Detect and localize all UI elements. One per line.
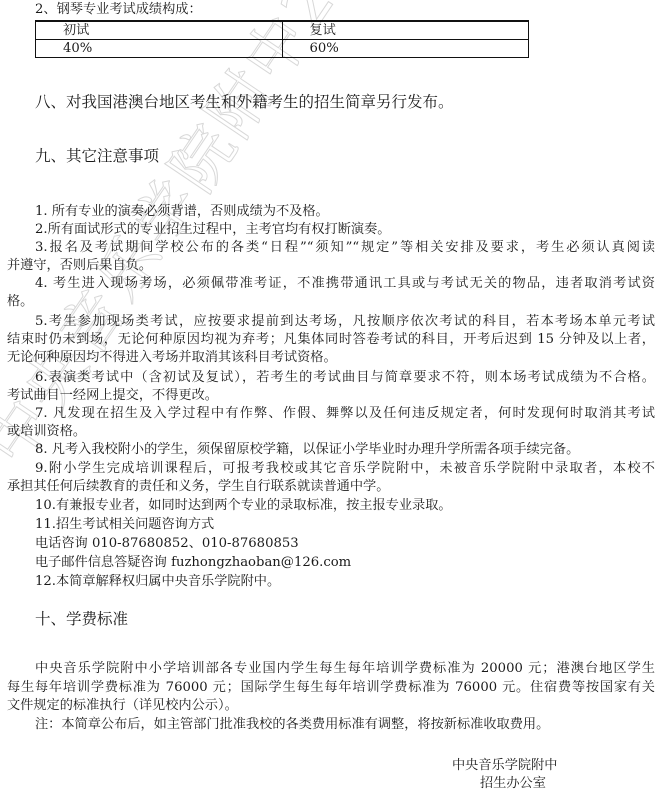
notice-item-10: 10.有兼报专业者，如同时达到两个专业的录取标准，按主报专业录取。: [35, 497, 452, 515]
signature-office: 招生办公室: [480, 775, 546, 793]
table-cell: 40%: [36, 40, 283, 58]
table-header-row: 初试 复试: [36, 21, 529, 40]
notice-item-5: 5.考生参加现场类考试，应按要求提前到达考场，凡按顺序依次考试的科目，若本考场本…: [35, 313, 655, 331]
table-cell: 60%: [282, 40, 529, 58]
notice-item-5-cont-1: 结束时仍未到场，无论何种原因均视为弃考；凡集体同时答卷考试的科目，开考后迟到 1…: [7, 331, 655, 349]
notice-item-8: 8. 凡考入我校附小的学生，须保留原校学籍，以保证小学毕业时办理升学所需各项手续…: [35, 441, 579, 459]
tuition-line-3: 文件规定的标准执行（详见校内公示）。: [7, 697, 238, 715]
piano-score-title: 2、钢琴专业考试成绩构成：: [35, 1, 202, 19]
notice-item-3-cont: 并遵守，否则后果自负。: [7, 257, 152, 275]
notice-item-7-cont: 或培训资格。: [7, 423, 86, 441]
notice-item-2: 2.所有面试形式的专业招生过程中，主考官均有权打断演奏。: [35, 221, 390, 239]
table-header-cell: 初试: [36, 21, 283, 40]
contact-phone: 电话咨询 010-87680852、010-87680853: [35, 535, 299, 553]
notice-item-3: 3.报名及考试期间学校公布的各类“日程”“须知”“规定”等相关安排及要求，考生必…: [35, 239, 655, 257]
notice-item-5-cont-2: 无论何种原因均不得进入考场并取消其该科目考试资格。: [7, 349, 337, 367]
notice-item-6: 6.表演类考试中（含初试及复试），若考生的考试曲目与简章要求不符，则本场考试成绩…: [35, 369, 655, 387]
section-8-heading: 八、对我国港澳台地区考生和外籍考生的招生简章另行发布。: [35, 93, 454, 111]
notice-item-7: 7. 凡发现在招生及入学过程中有作弊、作假、舞弊以及任何违反规定者，何时发现何时…: [35, 405, 655, 423]
table-row: 40% 60%: [36, 40, 529, 58]
notice-item-9-cont: 承担其任何后续教育的责任和义务，学生自行联系就读普通中学。: [7, 478, 389, 496]
section-9-heading: 九、其它注意事项: [35, 147, 159, 165]
table-header-cell: 复试: [282, 21, 529, 40]
tuition-line-1: 中央音乐学院附中小学培训部各专业国内学生每生每年培训学费标准为 20000 元；…: [35, 660, 655, 678]
notice-item-1: 1. 所有专业的演奏必须背谱，否则成绩为不及格。: [35, 203, 329, 221]
tuition-note: 注：本简章公布后，如主管部门批准我校的各类费用标准有调整，将按新标准收取费用。: [35, 716, 549, 734]
contact-email: 电子邮件信息答疑咨询 fuzhongzhaoban@126.com: [35, 554, 351, 572]
notice-item-6-cont: 考试曲目一经网上提交，不得更改。: [7, 387, 218, 405]
signature-org: 中央音乐学院附中: [452, 757, 558, 775]
section-10-heading: 十、学费标准: [35, 610, 128, 628]
notice-item-4-cont: 格。: [7, 293, 33, 311]
notice-item-11: 11.招生考试相关问题咨询方式: [35, 516, 214, 534]
notice-item-9: 9.附小学生完成培训课程后，可报考我校或其它音乐学院附中，未被音乐学院附中录取者…: [35, 460, 655, 478]
notice-item-4: 4. 考生进入现场考场，必须佩带准考证，不准携带通讯工具或与考试无关的物品，违者…: [35, 275, 655, 293]
notice-item-12: 12.本简章解释权归属中央音乐学院附中。: [35, 573, 280, 591]
piano-score-table: 初试 复试 40% 60%: [35, 20, 529, 58]
tuition-line-2: 每生每年培训学费标准为 76000 元；国际学生每生每年培训学费标准为 7600…: [7, 679, 655, 697]
